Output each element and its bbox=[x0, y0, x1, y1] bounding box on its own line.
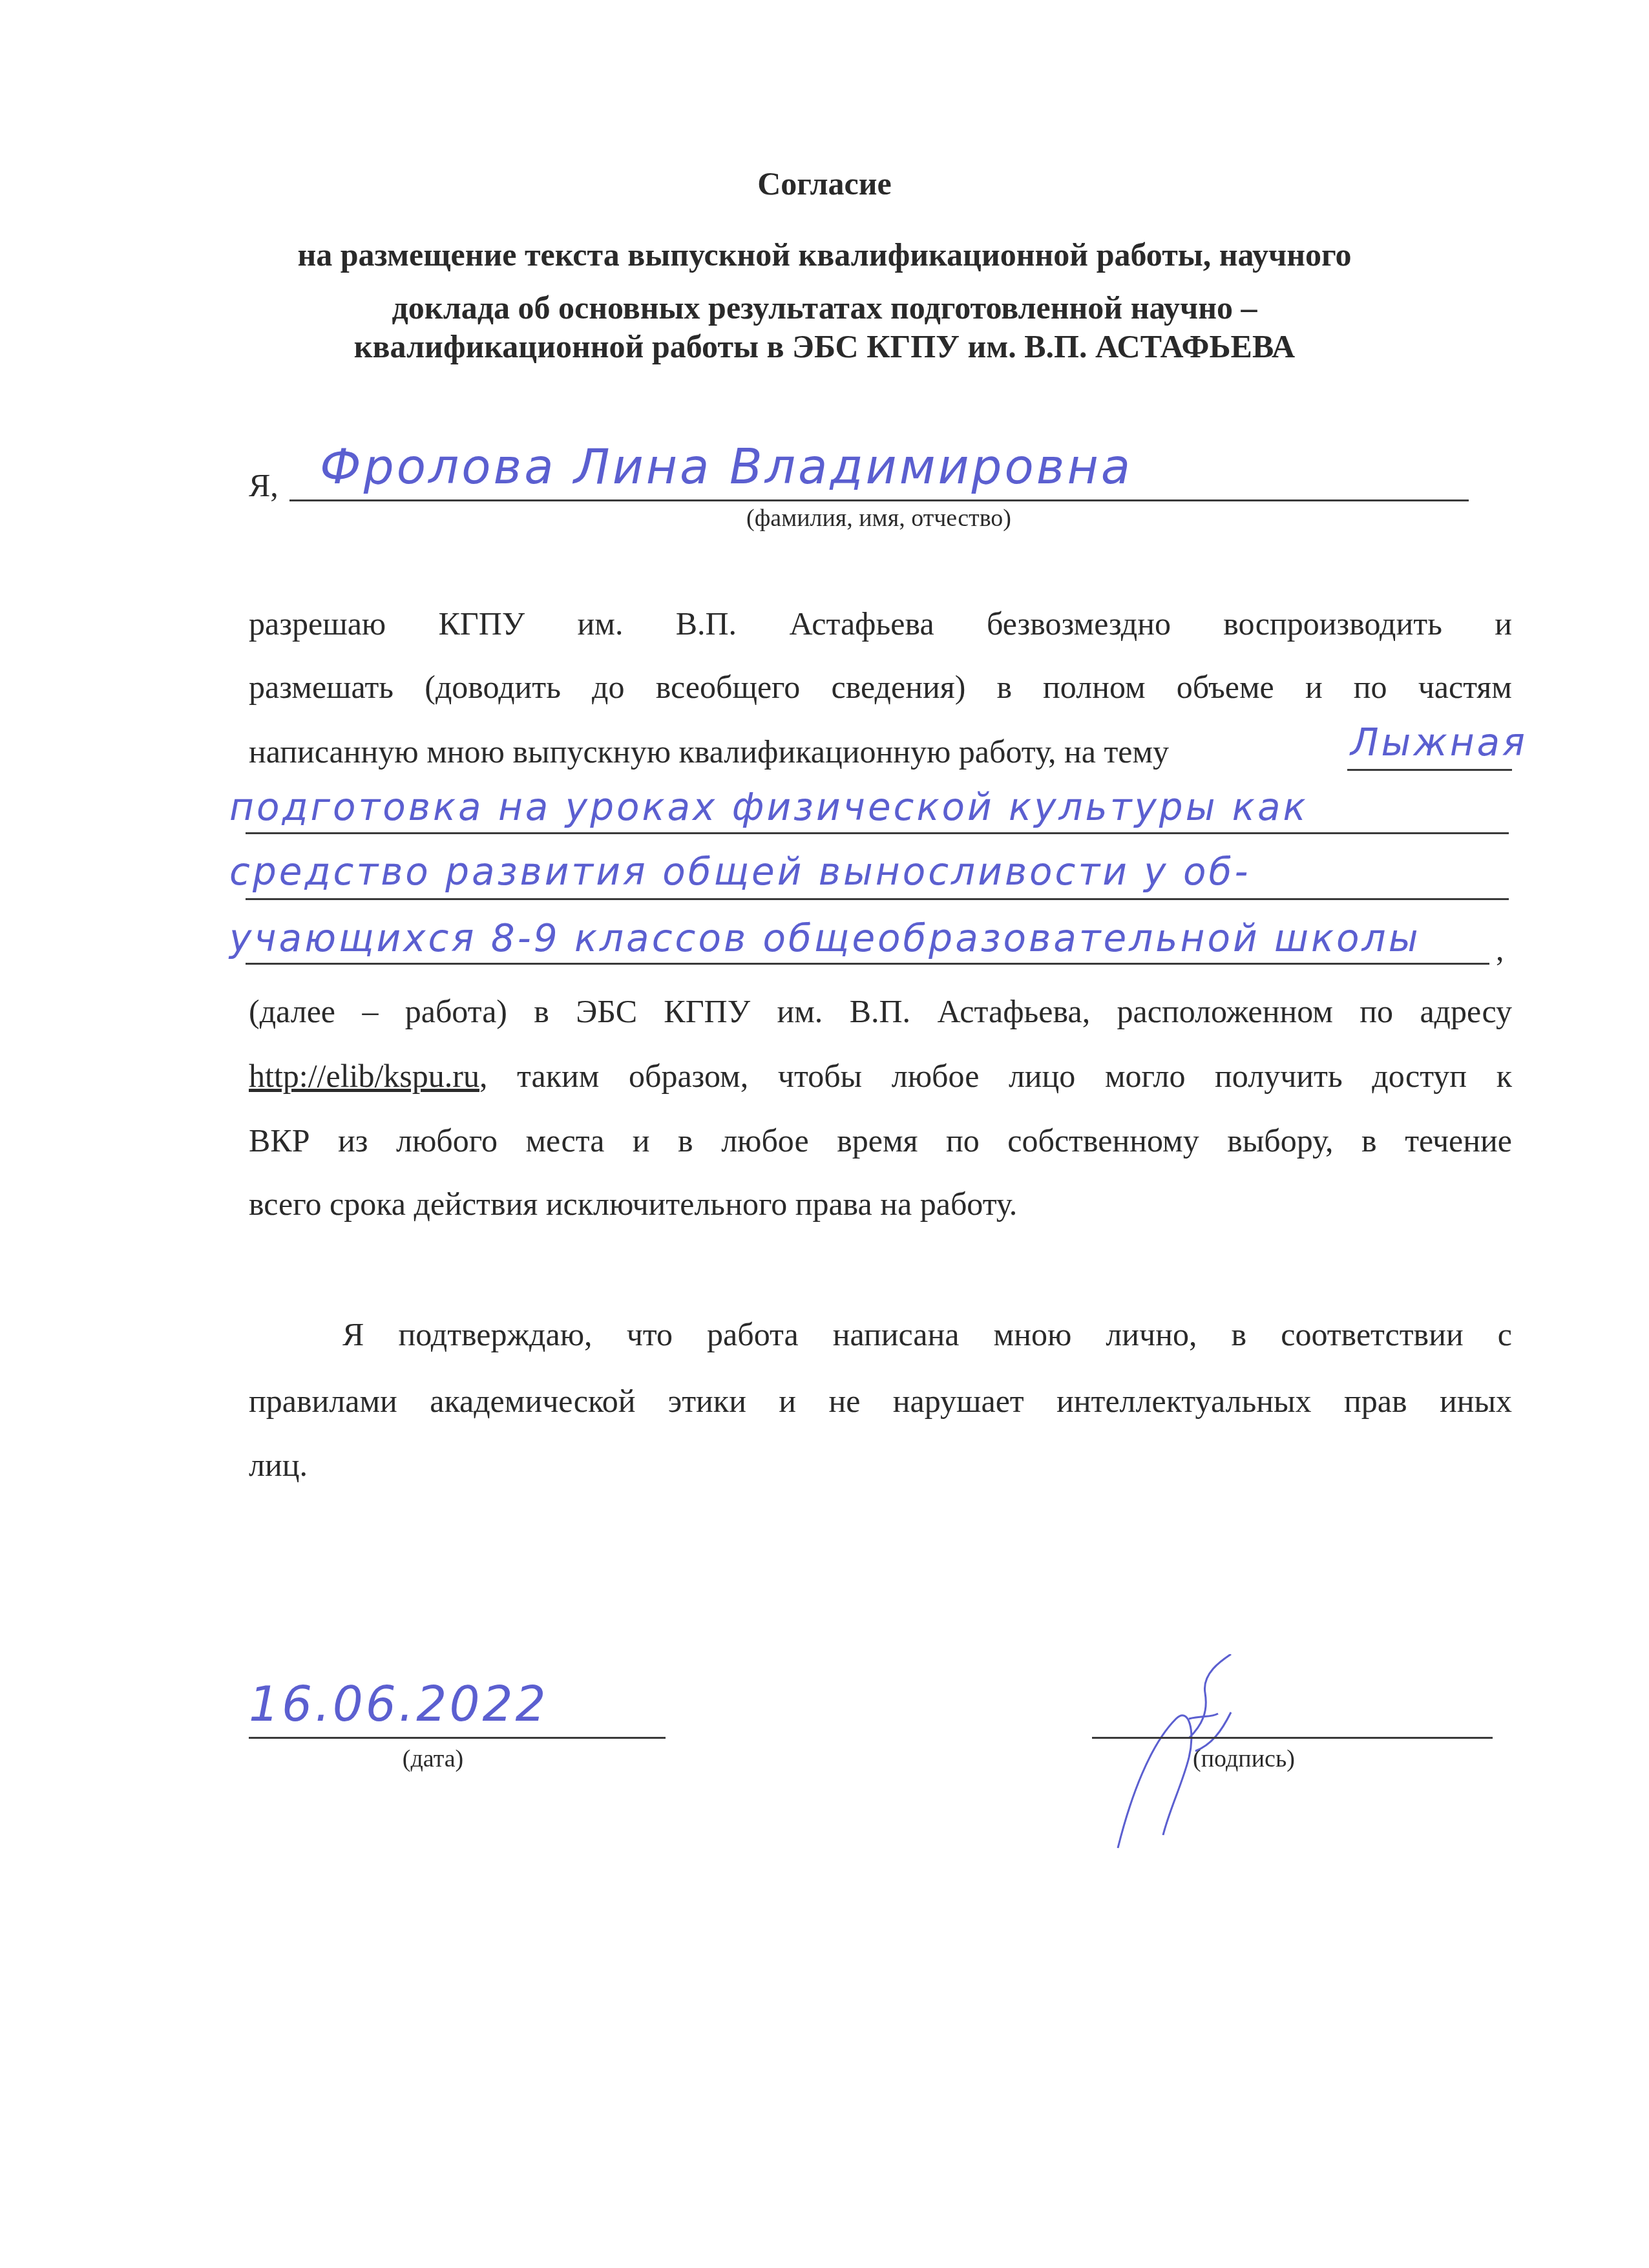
document-title: Согласие bbox=[0, 165, 1649, 202]
paragraph1-line-2: размешать (доводить до всеобщего сведени… bbox=[249, 667, 1512, 706]
topic-underline-4 bbox=[246, 963, 1489, 965]
paragraph1-line-next: ВКР из любого места и в любое время по с… bbox=[249, 1121, 1512, 1160]
document-subtitle-line-1: на размещение текста выпускной квалифика… bbox=[0, 236, 1649, 273]
link-line-rest: , таким образом, чтобы любое лицо могло … bbox=[479, 1058, 1512, 1094]
topic-handwritten-line-1: Лыжная bbox=[1350, 720, 1528, 764]
topic-handwritten-line-2: подготовка на уроках физической культуры… bbox=[229, 785, 1308, 829]
date-handwritten: 16.06.2022 bbox=[249, 1677, 549, 1732]
signature-underline bbox=[1092, 1737, 1493, 1739]
name-caption: (фамилия, имя, отчество) bbox=[711, 504, 1047, 532]
name-underline bbox=[289, 499, 1469, 501]
document-subtitle-line-2: доклада об основных результатах подготов… bbox=[0, 289, 1649, 326]
paragraph1-line-last: всего срока действия исключительного пра… bbox=[249, 1184, 1512, 1223]
paragraph2-line-3: лиц. bbox=[249, 1445, 1512, 1484]
name-handwritten: Фролова Лина Владимировна bbox=[320, 439, 1133, 495]
document-subtitle-line-3: квалификационной работы в ЭБС КГПУ им. В… bbox=[0, 328, 1649, 365]
paragraph2-line-1: Я подтверждаю, что работа написана мною … bbox=[342, 1315, 1512, 1354]
topic-underline-3 bbox=[246, 898, 1509, 900]
paragraph1-line-1: разрешаю КГПУ им. В.П. Астафьева безвозм… bbox=[249, 604, 1512, 643]
topic-trailing-comma: , bbox=[1496, 930, 1504, 968]
date-underline bbox=[249, 1737, 666, 1739]
name-prefix: Я, bbox=[249, 467, 278, 504]
paragraph2-line-2: правилами академической этики и не наруш… bbox=[249, 1381, 1512, 1420]
paragraph1-link-line: http://elib/kspu.ru, таким образом, чтоб… bbox=[249, 1056, 1512, 1095]
topic-handwritten-line-3: средство развития общей выносливости у о… bbox=[229, 850, 1250, 894]
elib-link[interactable]: http://elib/kspu.ru bbox=[249, 1058, 479, 1094]
paragraph1-line-3-prefix: написанную мною выпускную квалификационн… bbox=[249, 732, 1169, 771]
signature-caption: (подпись) bbox=[1163, 1745, 1325, 1773]
topic-underline-2 bbox=[246, 832, 1509, 834]
date-caption: (дата) bbox=[362, 1745, 504, 1773]
topic-handwritten-line-4: учающихся 8-9 классов общеобразовательно… bbox=[229, 916, 1420, 960]
topic-underline-1 bbox=[1347, 769, 1512, 771]
paragraph1-line-after-topic: (далее – работа) в ЭБС КГПУ им. В.П. Аст… bbox=[249, 992, 1512, 1031]
